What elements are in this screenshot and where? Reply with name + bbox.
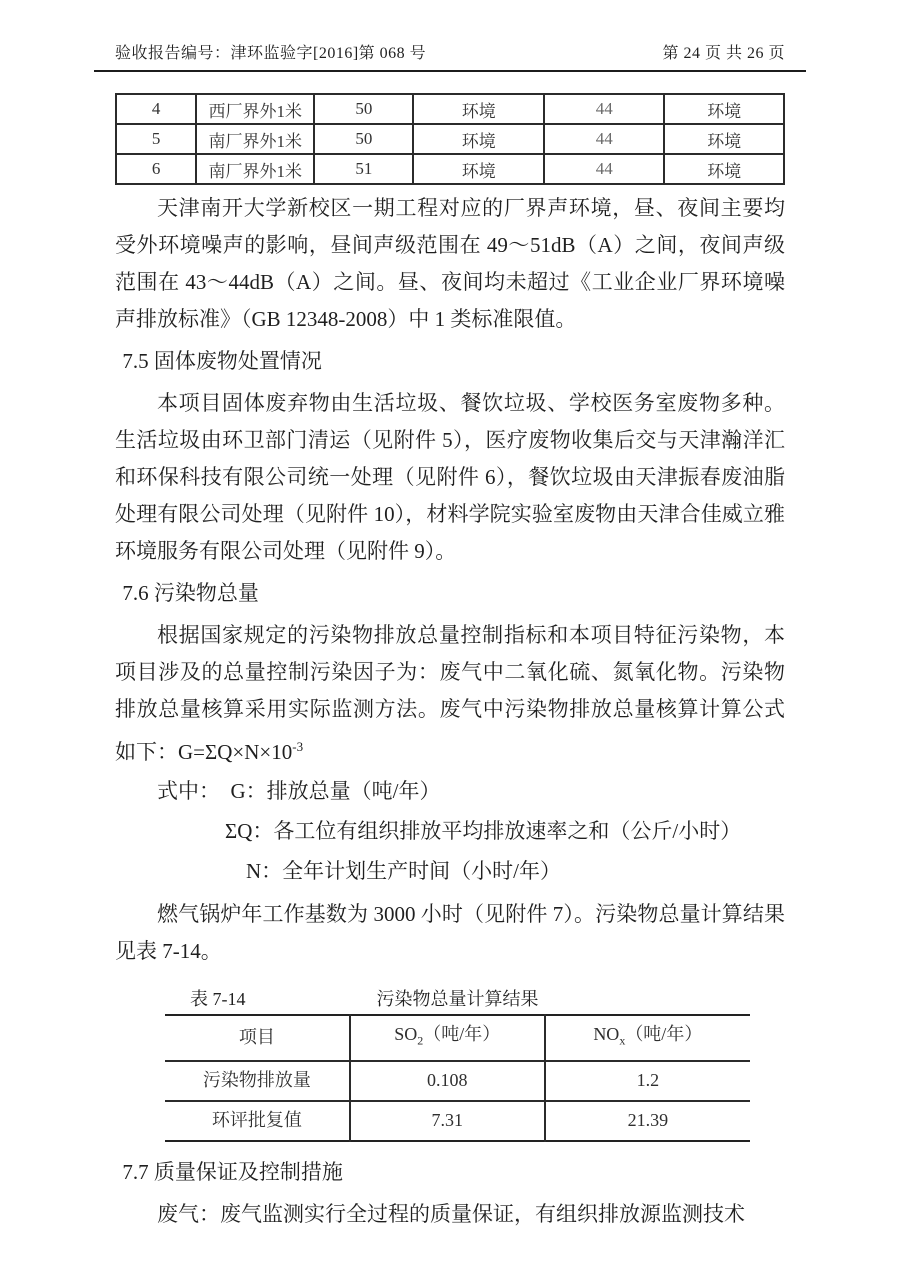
- report-number: 验收报告编号：津环监验字[2016]第 068 号: [115, 40, 426, 63]
- section-7-5-heading: 7.5 固体废物处置情况: [115, 343, 785, 380]
- solid-waste-paragraph: 本项目固体废弃物由生活垃圾、餐饮垃圾、学校医务室废物多种。生活垃圾由环卫部门清运…: [115, 385, 785, 570]
- pollutant-total-table: 项目 SO2（吨/年） NOx（吨/年） 污染物排放量 0.108 1.2 环评…: [165, 1014, 750, 1142]
- emission-formula: G=ΣQ×N×10-3: [178, 740, 303, 764]
- table-row: 4 西厂界外1米 50 环境 44 环境: [116, 94, 784, 124]
- formula-base: G=ΣQ×N×10: [178, 740, 292, 764]
- table-cell: 环境: [664, 124, 784, 154]
- table-cell: 环境: [664, 94, 784, 124]
- total-amount-paragraph: 根据国家规定的污染物排放总量控制指标和本项目特征污染物，本项目涉及的总量控制污染…: [115, 617, 785, 771]
- table-cell: 44: [544, 154, 664, 184]
- table-cell: 51: [314, 154, 413, 184]
- pollutant-table-block: 表 7-14 污染物总量计算结果 项目 SO2（吨/年） NOx（吨/年） 污染…: [165, 984, 750, 1142]
- formula-definition-n: N：全年计划生产时间（小时/年）: [115, 851, 785, 891]
- table-cell: 5: [116, 124, 196, 154]
- header-cell-so2: SO2（吨/年）: [350, 1015, 545, 1061]
- table-cell: 4: [116, 94, 196, 124]
- section-7-6-heading: 7.6 污染物总量: [115, 575, 785, 612]
- table-cell: 西厂界外1米: [196, 94, 314, 124]
- table-cell: 环境: [664, 154, 784, 184]
- table-cell: 50: [314, 94, 413, 124]
- table-row: 污染物排放量 0.108 1.2: [165, 1061, 750, 1101]
- table-cell: 21.39: [545, 1101, 750, 1141]
- table-row: 环评批复值 7.31 21.39: [165, 1101, 750, 1141]
- table-header-row: 项目 SO2（吨/年） NOx（吨/年）: [165, 1015, 750, 1061]
- table-cell: 0.108: [350, 1061, 545, 1101]
- table-cell: 环境: [413, 124, 544, 154]
- table-cell: 环境: [413, 154, 544, 184]
- so2-symbol: SO: [394, 1024, 417, 1044]
- so2-unit: （吨/年）: [423, 1024, 500, 1044]
- header-rule: [94, 70, 806, 72]
- table-cell: 50: [314, 124, 413, 154]
- table-cell: 44: [544, 124, 664, 154]
- table-7-14-caption: 表 7-14 污染物总量计算结果: [165, 984, 750, 1014]
- qa-paragraph: 废气：废气监测实行全过程的质量保证，有组织排放源监测技术: [115, 1196, 785, 1233]
- formula-definition-sigma-q: ΣQ：各工位有组织排放平均排放速率之和（公斤/小时）: [115, 811, 785, 851]
- section-7-7-heading: 7.7 质量保证及控制措施: [115, 1154, 785, 1191]
- formula-exponent: -3: [292, 739, 303, 754]
- noise-summary-paragraph: 天津南开大学新校区一期工程对应的厂界声环境，昼、夜间主要均受外环境噪声的影响，昼…: [115, 190, 785, 338]
- report-page: 验收报告编号：津环监验字[2016]第 068 号 第 24 页 共 26 页 …: [0, 0, 900, 1272]
- header-cell-item: 项目: [165, 1015, 350, 1061]
- boiler-note-paragraph: 燃气锅炉年工作基数为 3000 小时（见附件 7）。污染物总量计算结果见表 7-…: [115, 896, 785, 970]
- nox-symbol: NO: [593, 1024, 619, 1044]
- table-cell: 污染物排放量: [165, 1061, 350, 1101]
- page-number: 第 24 页 共 26 页: [662, 40, 785, 63]
- table-cell: 南厂界外1米: [196, 124, 314, 154]
- noise-monitoring-table: 4 西厂界外1米 50 环境 44 环境 5 南厂界外1米 50 环境 44 环…: [115, 93, 785, 185]
- table-cell: 南厂界外1米: [196, 154, 314, 184]
- table-cell: 6: [116, 154, 196, 184]
- formula-definition-g: 式中： G：排放总量（吨/年）: [115, 771, 785, 811]
- document-body: 天津南开大学新校区一期工程对应的厂界声环境，昼、夜间主要均受外环境噪声的影响，昼…: [115, 190, 785, 1233]
- table-row: 6 南厂界外1米 51 环境 44 环境: [116, 154, 784, 184]
- table-cell: 环评批复值: [165, 1101, 350, 1141]
- table-row: 5 南厂界外1米 50 环境 44 环境: [116, 124, 784, 154]
- table-cell: 44: [544, 94, 664, 124]
- table-cell: 环境: [413, 94, 544, 124]
- table-cell: 7.31: [350, 1101, 545, 1141]
- header-cell-nox: NOx（吨/年）: [545, 1015, 750, 1061]
- table-title: 污染物总量计算结果: [165, 984, 750, 1014]
- nox-unit: （吨/年）: [625, 1024, 702, 1044]
- table-cell: 1.2: [545, 1061, 750, 1101]
- page-header: 验收报告编号：津环监验字[2016]第 068 号 第 24 页 共 26 页: [115, 40, 785, 63]
- table-label: 表 7-14: [190, 984, 246, 1014]
